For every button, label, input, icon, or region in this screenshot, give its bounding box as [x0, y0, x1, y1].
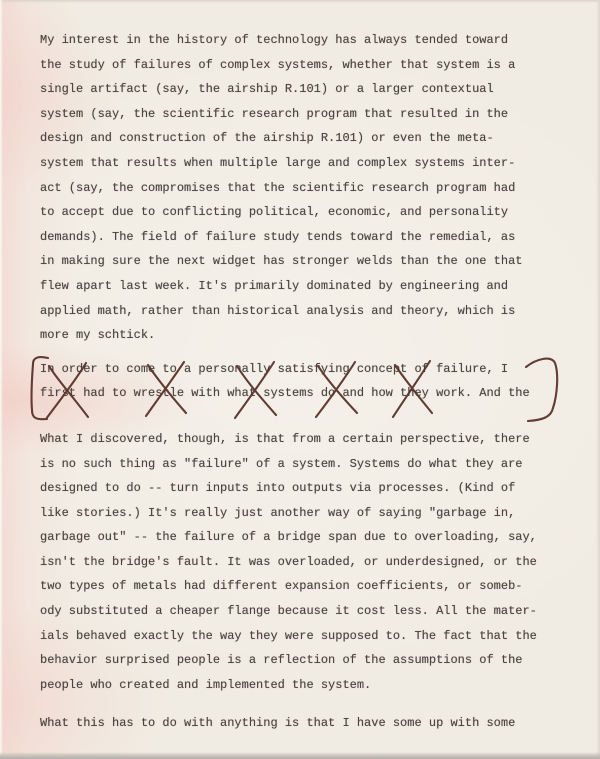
text-line: demands). The field of failure study ten… [40, 225, 580, 250]
paragraph-3: What this has to do with anything is tha… [40, 711, 580, 736]
text-line: system (say, the scientific research pro… [40, 102, 580, 127]
text-line: first had to wrestle with what systems d… [40, 381, 580, 406]
text-line: two types of metals had different expans… [40, 574, 580, 599]
text-line: like stories.) It's really just another … [40, 501, 580, 526]
text-line: design and construction of the airship R… [40, 126, 580, 151]
text-line: behavior surprised people is a reflectio… [40, 648, 580, 673]
text-line: system that results when multiple large … [40, 151, 580, 176]
text-line: people who created and implemented the s… [40, 673, 580, 698]
text-line: My interest in the history of technology… [40, 28, 580, 53]
text-line: ials behaved exactly the way they were s… [40, 624, 580, 649]
text-line: In order to come to a personally satisfy… [40, 357, 580, 382]
text-line: designed to do -- turn inputs into outpu… [40, 476, 580, 501]
text-line: What I discovered, though, is that from … [40, 427, 580, 452]
paragraph-1: My interest in the history of technology… [40, 28, 580, 348]
scan-edge-left [0, 0, 3, 759]
scan-edge-top [0, 0, 600, 3]
typewritten-page: My interest in the history of technology… [0, 0, 600, 759]
text-line: in making sure the next widget has stron… [40, 249, 580, 274]
text-line: garbage out" -- the failure of a bridge … [40, 525, 580, 550]
text-line: ody substituted a cheaper flange because… [40, 599, 580, 624]
crossed-out-paragraph: In order to come to a personally satisfy… [40, 357, 580, 406]
text-line: is no such thing as "failure" of a syste… [40, 452, 580, 477]
text-line: isn't the bridge's fault. It was overloa… [40, 550, 580, 575]
paragraph-2: What I discovered, though, is that from … [40, 427, 580, 698]
text-line: to accept due to conflicting political, … [40, 200, 580, 225]
text-line: more my schtick. [40, 323, 580, 348]
scan-edge-right [596, 0, 600, 759]
text-line: single artifact (say, the airship R.101)… [40, 77, 580, 102]
scan-edge-bottom [0, 752, 600, 759]
text-line: applied math, rather than historical ana… [40, 299, 580, 324]
text-line: act (say, the compromises that the scien… [40, 176, 580, 201]
text-line: What this has to do with anything is tha… [40, 711, 580, 736]
text-line: the study of failures of complex systems… [40, 53, 580, 78]
page-content: My interest in the history of technology… [40, 28, 580, 736]
text-line: flew apart last week. It's primarily dom… [40, 274, 580, 299]
